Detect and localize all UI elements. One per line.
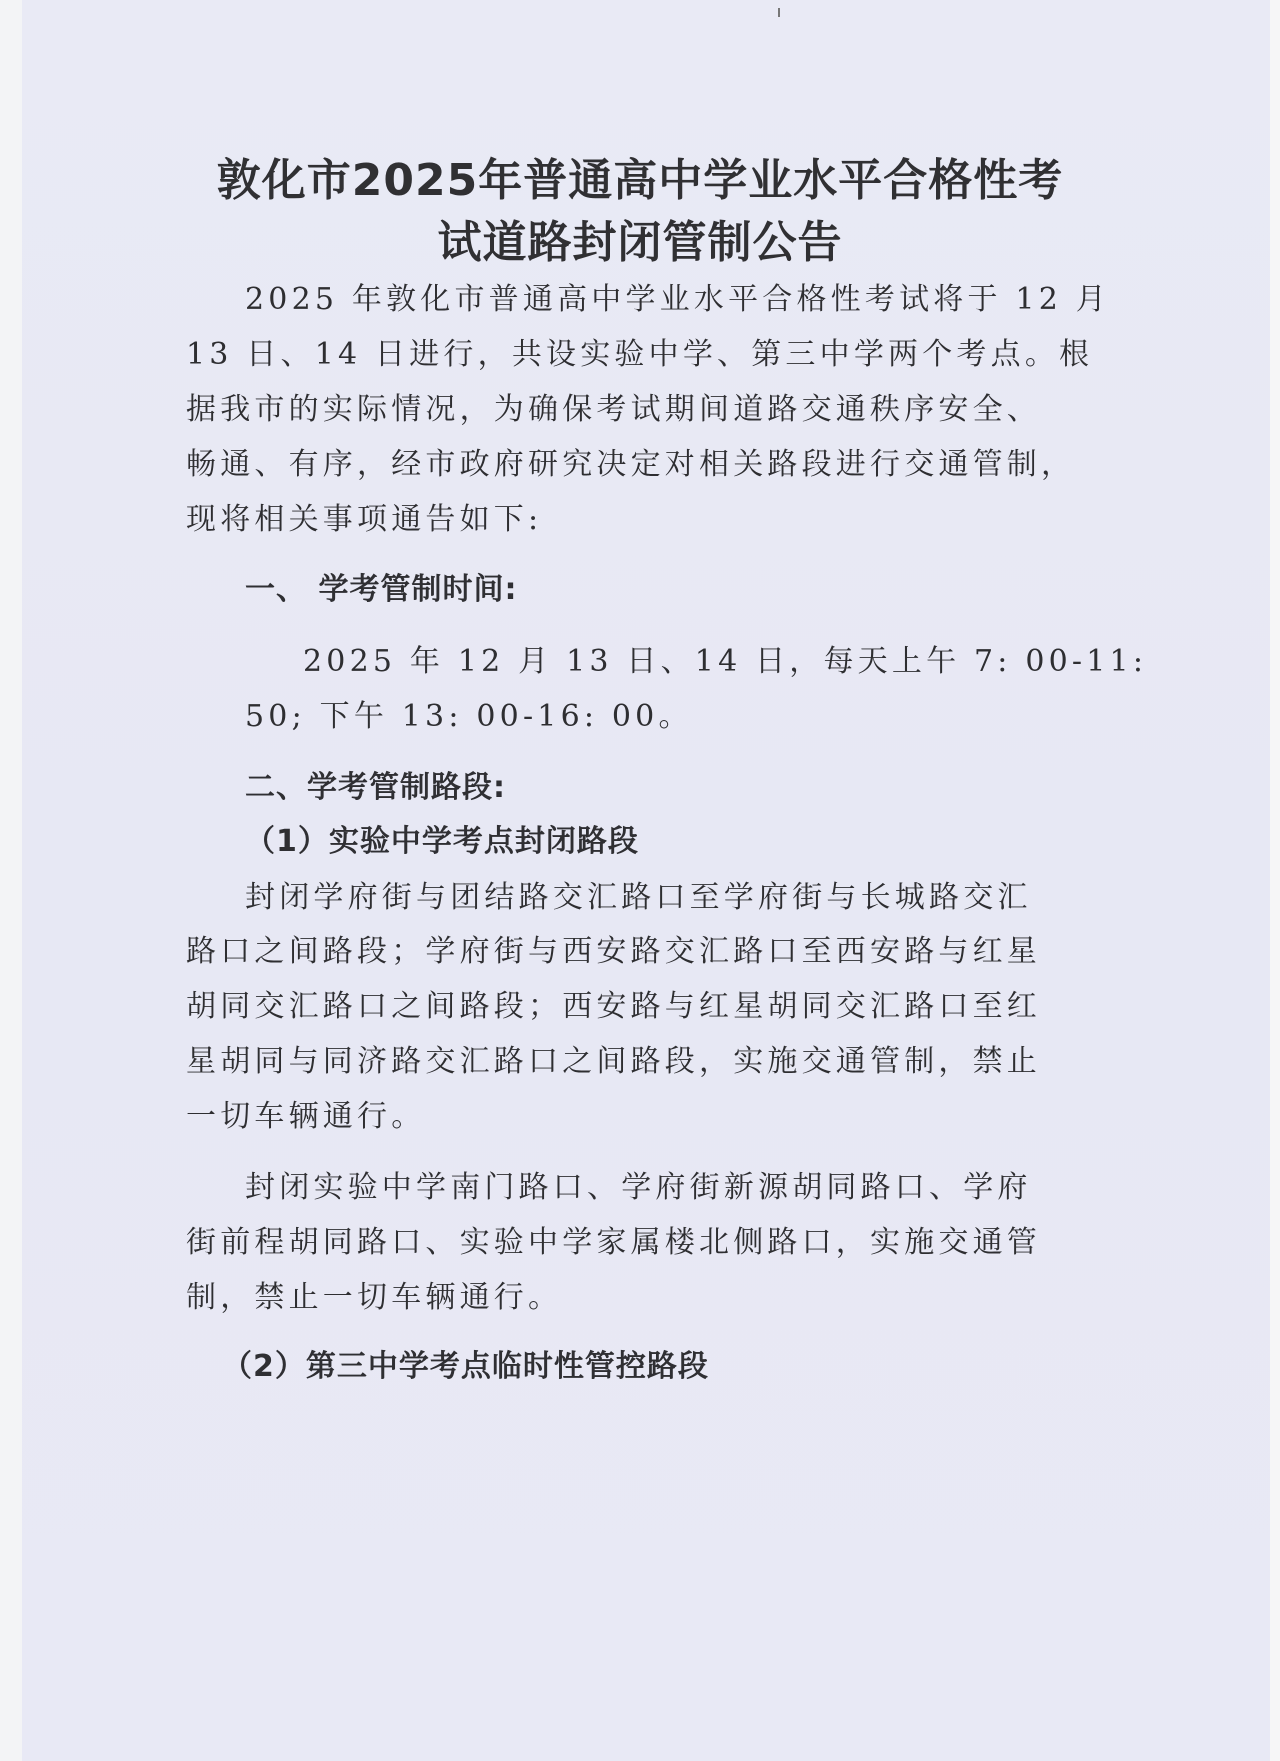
sub1-para1-line-2: 路口之间路段；学府街与西安路交汇路口至西安路与红星 [186,932,1041,972]
title-line-2: 试道路封闭管制公告 [190,212,1090,274]
sub1-para1-line-5: 一切车辆通行。 [186,1097,425,1137]
sub1-para2-line-3: 制，禁止一切车辆通行。 [186,1278,562,1318]
scan-mark [778,8,780,17]
intro-line-1: 2025 年敦化市普通高中学业水平合格性考试将于 12 月 [245,280,1110,320]
sub1-para2-line-2: 街前程胡同路口、实验中学家属楼北侧路口，实施交通管 [186,1223,1041,1263]
intro-line-2: 13 日、14 日进行，共设实验中学、第三中学两个考点。根 [186,335,1093,375]
subsection1-heading: （1）实验中学考点封闭路段 [245,822,639,862]
sub1-para1-line-4: 星胡同与同济路交汇路口之间路段，实施交通管制，禁止 [186,1042,1041,1082]
section1-line-2: 50; 下午 13: 00-16: 00。 [245,697,693,737]
title-line-1: 敦化市2025年普通高中学业水平合格性考 [190,150,1090,212]
sub1-para1-line-3: 胡同交汇路口之间路段；西安路与红星胡同交汇路口至红 [186,987,1041,1027]
section2-heading: 二、学考管制路段: [245,768,506,808]
document-title: 敦化市2025年普通高中学业水平合格性考 试道路封闭管制公告 [190,150,1090,274]
sub1-para1-line-1: 封闭学府街与团结路交汇路口至学府街与长城路交汇 [245,878,1032,918]
scan-edge-left [0,0,22,1761]
section1-heading: 一、 学考管制时间: [245,570,517,610]
scan-edge-right [1270,0,1280,1761]
section1-line-1: 2025 年 12 月 13 日、14 日，每天上午 7: 00-11: [303,642,1147,682]
intro-line-3: 据我市的实际情况，为确保考试期间道路交通秩序安全、 [186,390,1041,430]
intro-line-5: 现将相关事项通告如下: [186,500,542,540]
intro-line-4: 畅通、有序，经市政府研究决定对相关路段进行交通管制， [186,445,1075,485]
sub1-para2-line-1: 封闭实验中学南门路口、学府街新源胡同路口、学府 [245,1168,1032,1208]
subsection2-heading: （2）第三中学考点临时性管控路段 [222,1347,709,1387]
